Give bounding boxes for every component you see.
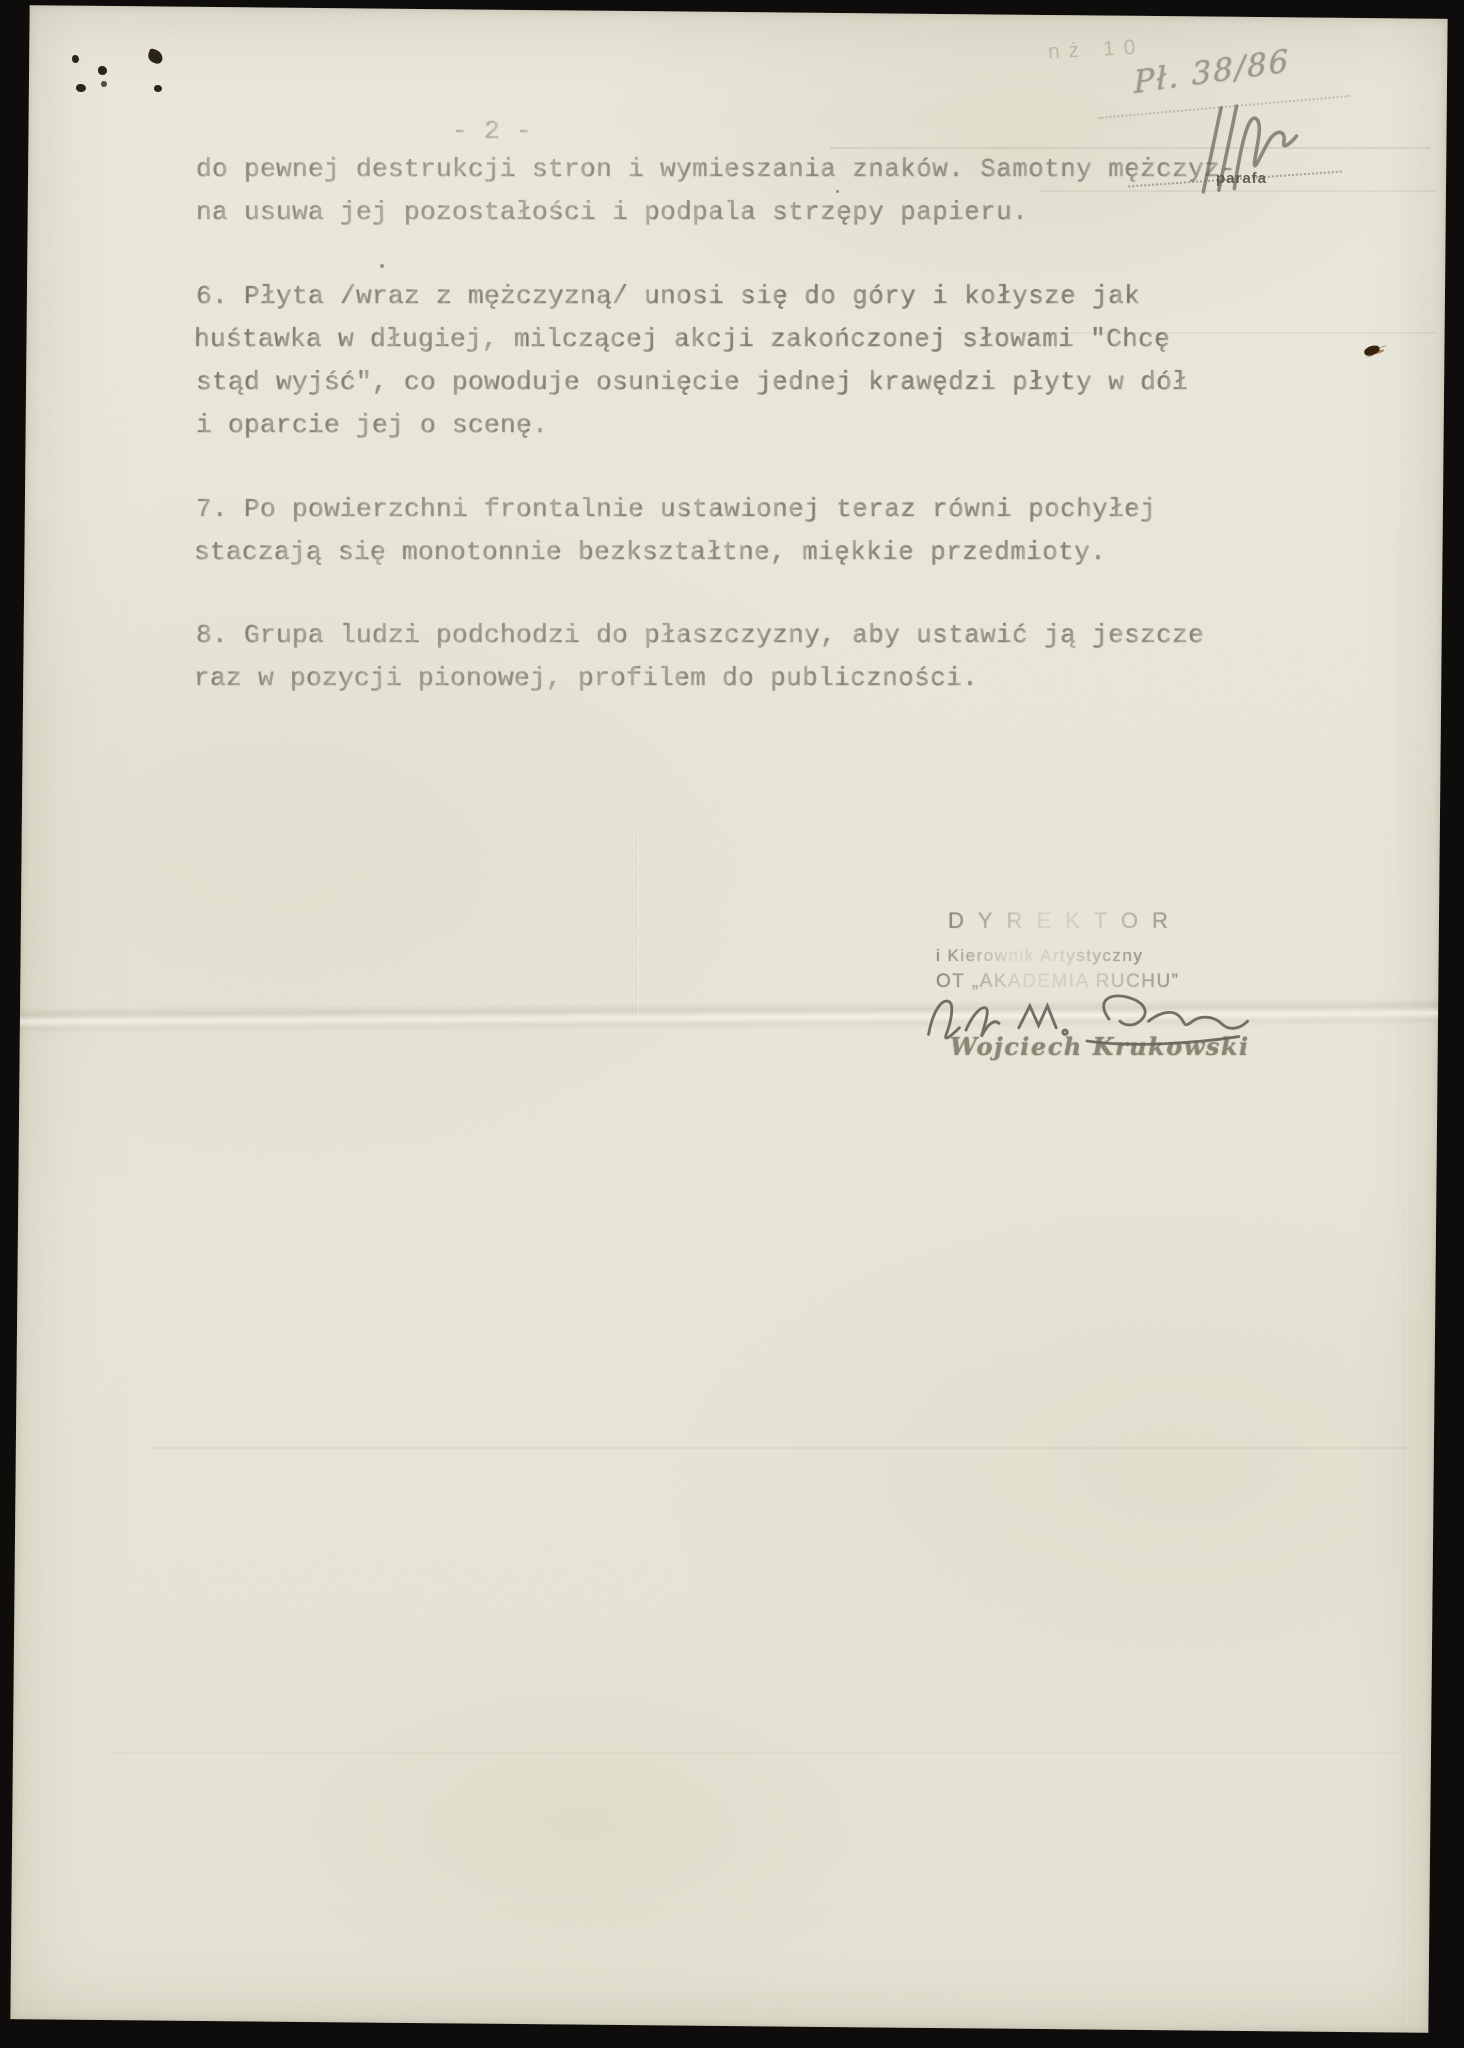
director-subtitle: i Kierownik Artystyczny (936, 946, 1143, 966)
page-number: - 2 - (452, 110, 532, 153)
signed-name: Wojciech Krukowski (950, 1032, 1250, 1061)
right-edge-crease (1406, 1078, 1408, 2028)
vertical-crease (636, 828, 639, 1020)
typed-line: raz w pozycji pionowej, profilem do publ… (194, 657, 978, 700)
typed-line: na usuwa jej pozostałości i podpala strz… (196, 191, 1028, 234)
typed-line: i oparcie jej o scenę. (196, 404, 548, 447)
paper-speck (380, 264, 384, 268)
typed-line: 8. Grupa ludzi podchodzi do płaszczyzny,… (196, 614, 1204, 657)
scan-background: - 2 - do pewnej destrukcji stron i wymie… (0, 0, 1464, 2048)
director-title: DYREKTOR (948, 908, 1182, 934)
typed-line: do pewnej destrukcji stron i wymieszania… (196, 148, 1236, 191)
typed-line: huśtawka w długiej, milczącej akcji zako… (194, 318, 1170, 361)
scan-streak (110, 1752, 1400, 1754)
typed-line: staczają się monotonnie bezkształtne, mi… (194, 531, 1106, 574)
faint-stamp-remnant: nż 10 (1047, 35, 1144, 64)
parafa-label: parafa (1216, 170, 1267, 187)
typed-line: 6. Płyta /wraz z mężczyzną/ unosi się do… (196, 275, 1140, 318)
scan-streak (150, 1447, 1408, 1449)
typed-line: 7. Po powierzchni frontalnie ustawionej … (196, 488, 1156, 531)
typed-line: stąd wyjść", co powoduje osunięcie jedne… (196, 361, 1188, 404)
